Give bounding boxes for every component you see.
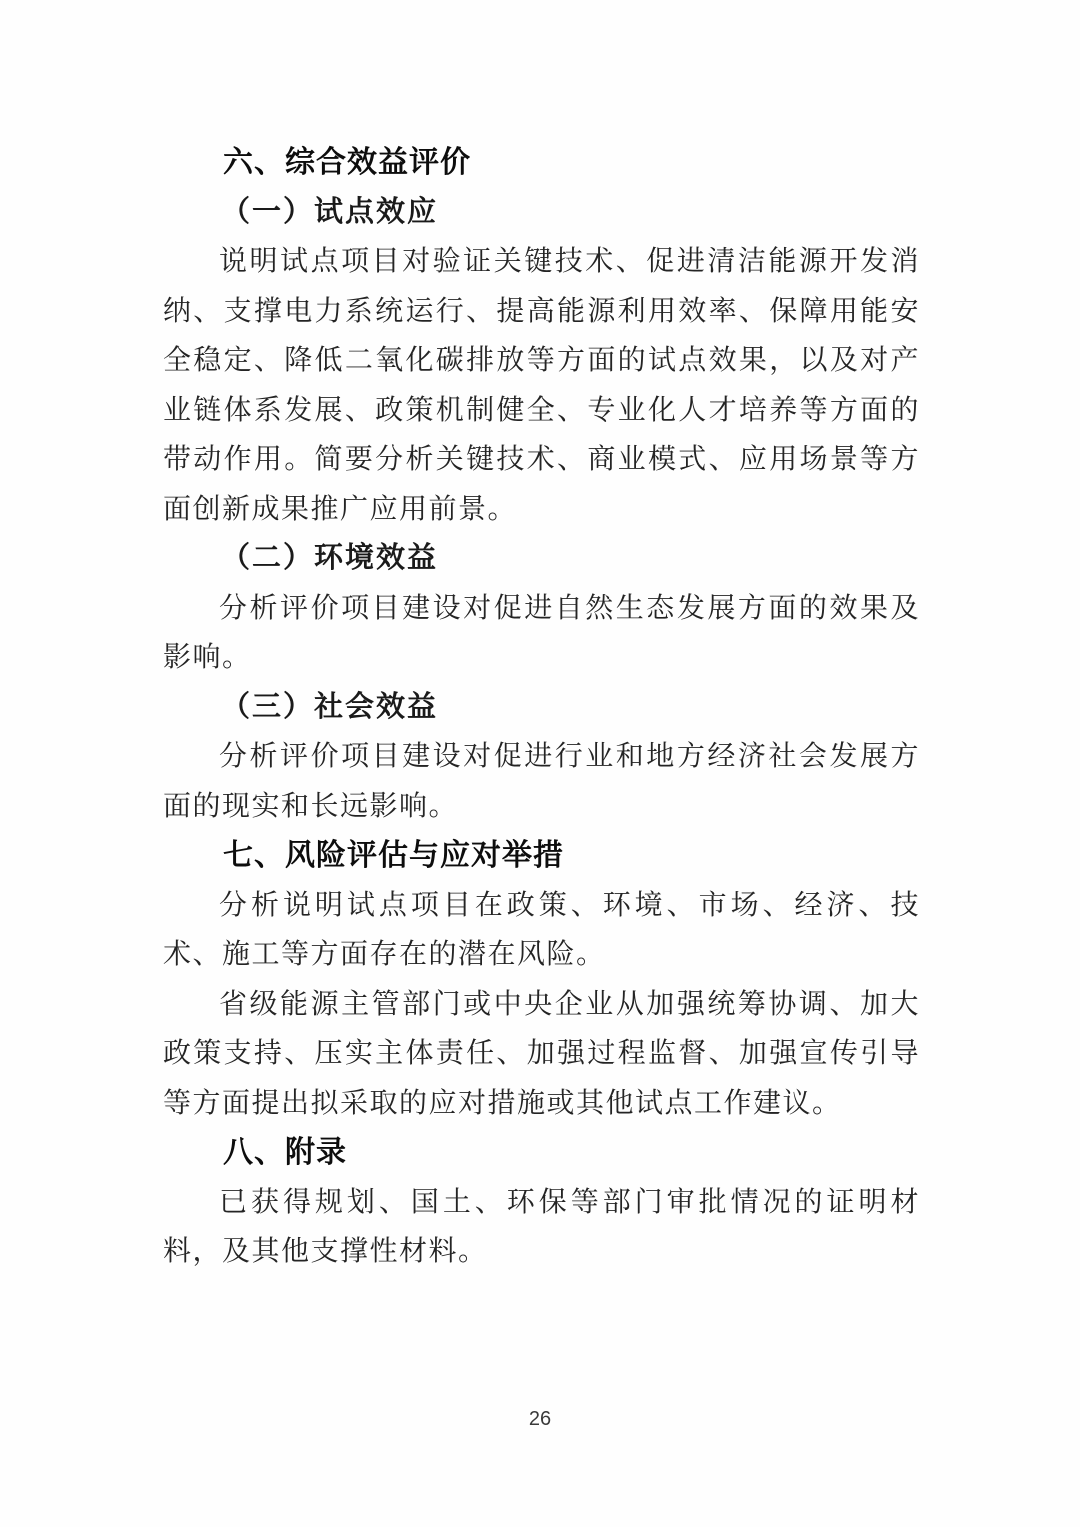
paragraph-risk-response-measures: 省级能源主管部门或中央企业从加强统筹协调、加大政策支持、压实主体责任、加强过程监… xyxy=(163,980,920,1129)
paragraph-social-benefit-description: 分析评价项目建设对促进行业和地方经济社会发展方面的现实和长远影响。 xyxy=(163,732,920,831)
subsection-heading-social-benefit: （三）社会效益 xyxy=(163,683,920,733)
page-footer: 26 xyxy=(0,1408,1080,1431)
document-body: 六、综合效益评价 （一）试点效应 说明试点项目对验证关键技术、促进清洁能源开发消… xyxy=(163,138,920,1277)
paragraph-risk-description: 分析说明试点项目在政策、环境、市场、经济、技术、施工等方面存在的潜在风险。 xyxy=(163,881,920,980)
document-page: 六、综合效益评价 （一）试点效应 说明试点项目对验证关键技术、促进清洁能源开发消… xyxy=(0,0,1080,1527)
section-heading-appendix: 八、附录 xyxy=(163,1128,920,1178)
paragraph-environmental-benefit-description: 分析评价项目建设对促进自然生态发展方面的效果及影响。 xyxy=(163,584,920,683)
page-number: 26 xyxy=(529,1408,551,1430)
subsection-heading-pilot-effect: （一）试点效应 xyxy=(163,188,920,238)
section-heading-risk-assessment: 七、风险评估与应对举措 xyxy=(163,831,920,881)
paragraph-pilot-effect-description: 说明试点项目对验证关键技术、促进清洁能源开发消纳、支撑电力系统运行、提高能源利用… xyxy=(163,237,920,534)
section-heading-comprehensive-benefit-evaluation: 六、综合效益评价 xyxy=(163,138,920,188)
paragraph-appendix-description: 已获得规划、国土、环保等部门审批情况的证明材料，及其他支撑性材料。 xyxy=(163,1178,920,1277)
subsection-heading-environmental-benefit: （二）环境效益 xyxy=(163,534,920,584)
